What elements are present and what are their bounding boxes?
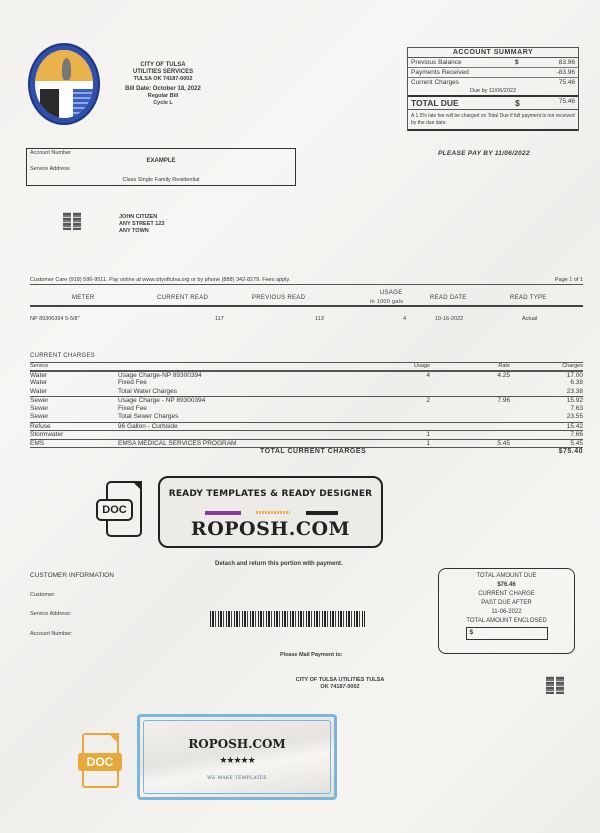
org-name: CITY OF TULSA: [108, 62, 218, 69]
issuer-header: CITY OF TULSA UTILITIES SERVICES TULSA O…: [108, 62, 218, 107]
late-fee-note: A 1.5% late fee will be charged on Total…: [408, 110, 578, 131]
customer-name: JOHN CITIZEN: [119, 214, 164, 221]
summary-row-payments-received: Payments Received -83.96: [408, 68, 578, 78]
org-address: TULSA OK 74187-0002: [108, 76, 218, 83]
charge-row: WaterUsage Charge-NP 8930039444.2517.00: [30, 371, 583, 380]
city-seal-logo: [28, 43, 100, 125]
service-class: Class Single Family Residential: [27, 177, 295, 183]
customer-address: JOHN CITIZEN ANY STREET 123 ANY TOWN: [119, 214, 164, 235]
summary-total-due: TOTAL DUE $ 75.46: [408, 97, 578, 110]
amount-due-box: TOTAL AMOUNT DUE $76.46 CURRENT CHARGE P…: [438, 568, 575, 654]
current-charge-label: CURRENT CHARGE: [439, 590, 574, 599]
charge-row: WaterTotal Water Charges23.38: [30, 388, 583, 397]
page-number: Page 1 of 1: [555, 277, 583, 283]
total-enclosed-label: TOTAL AMOUNT ENCLOSED: [439, 617, 574, 626]
due-by-date: Due by 11/06/2022: [408, 87, 578, 97]
current-charges-table: Service Usage Rate Charges WaterUsage Ch…: [30, 362, 583, 456]
total-amount-due-value: $76.46: [439, 581, 574, 590]
star-rating-icon: ★★★★★: [140, 755, 334, 766]
barcode: [210, 611, 365, 627]
watermark-banner: READY TEMPLATES & READY DESIGNER ROPOSH.…: [158, 476, 383, 548]
account-info-box: Account Number EXAMPLE Service Address C…: [26, 148, 296, 186]
charge-row: SewerTotal Sewer Charges23.55: [30, 413, 583, 422]
charge-row: SewerFixed Fee7.63: [30, 405, 583, 414]
customer-care-text: Customer Care (918) 596-9511. Pay online…: [30, 277, 290, 283]
past-due-date: 11-06-2022: [439, 608, 574, 617]
qr-code-icon: [546, 676, 564, 694]
stub-account-number-label: Account Number:: [30, 631, 73, 637]
meter-table-header: METER CURRENT READ PREVIOUS READ USAGE i…: [30, 290, 583, 307]
account-number-label: Account Number: [30, 150, 71, 156]
total-amount-due-label: TOTAL AMOUNT DUE: [439, 572, 574, 581]
please-pay-by: PLEASE PAY BY 11/06/2022: [438, 150, 530, 157]
roposh-logo-banner: ROPOSH.COM ★★★★★ WE MAKE TEMPLATES: [137, 714, 337, 800]
mail-payment-to: Please Mail Payment to:: [280, 652, 343, 658]
watermark-tagline: READY TEMPLATES & READY DESIGNER: [160, 489, 381, 499]
customer-info-title: CUSTOMER INFORMATION: [30, 572, 114, 579]
account-summary: ACCOUNT SUMMARY Previous Balance $ 83.96…: [407, 47, 579, 131]
detach-instruction: Detach and return this portion with paym…: [215, 561, 343, 567]
remit-address: CITY OF TULSA UTILITIES TULSA OK 74187-0…: [280, 677, 400, 691]
bill-date: Bill Date: October 18, 2022: [108, 86, 218, 93]
roposh-tagline: WE MAKE TEMPLATES: [140, 776, 334, 781]
charge-row: WaterFixed Fee6.38: [30, 379, 583, 388]
current-charges-total: TOTAL CURRENT CHARGES $75.40: [30, 447, 583, 456]
watermark-divider: [160, 511, 381, 515]
summary-row-current-charges: Current Charges 75.46: [408, 78, 578, 87]
customer-town: ANY TOWN: [119, 228, 164, 235]
current-charges-header: Service Usage Rate Charges: [30, 362, 583, 371]
watermark-site: ROPOSH.COM: [160, 518, 381, 540]
org-dept: UTILITIES SERVICES: [108, 69, 218, 76]
roposh-title: ROPOSH.COM: [140, 737, 334, 751]
stub-customer-label: Customer:: [30, 592, 55, 598]
charge-row: SewerUsage Charge - NP 8930039427.9615.9…: [30, 396, 583, 405]
doc-file-icon: DOC: [96, 481, 144, 537]
summary-row-previous-balance: Previous Balance $ 83.96: [408, 58, 578, 68]
past-due-after-label: PAST DUE AFTER: [439, 599, 574, 608]
customer-care-line: Customer Care (918) 596-9511. Pay online…: [30, 277, 583, 285]
charge-row: EMSEMSA MEDICAL SERVICES PROGRAM15.455.4…: [30, 439, 583, 448]
doc-file-icon-orange: DOC: [78, 733, 122, 788]
customer-street: ANY STREET 123: [119, 221, 164, 228]
account-summary-title: ACCOUNT SUMMARY: [408, 48, 578, 58]
charge-row: Refuse96 Gallon - Curbside15.42: [30, 422, 583, 431]
stub-service-address-label: Service Address:: [30, 611, 71, 617]
bill-cycle: Cycle L: [108, 100, 218, 107]
charge-row: Stormwater17.66: [30, 430, 583, 439]
qr-code-icon: [63, 212, 81, 230]
amount-enclosed-field[interactable]: $: [466, 627, 548, 640]
current-charges-title: CURRENT CHARGES: [30, 353, 95, 359]
service-address-label: Service Address: [30, 166, 70, 172]
bill-type: Regular Bill: [108, 93, 218, 100]
account-number-value: EXAMPLE: [27, 158, 295, 164]
